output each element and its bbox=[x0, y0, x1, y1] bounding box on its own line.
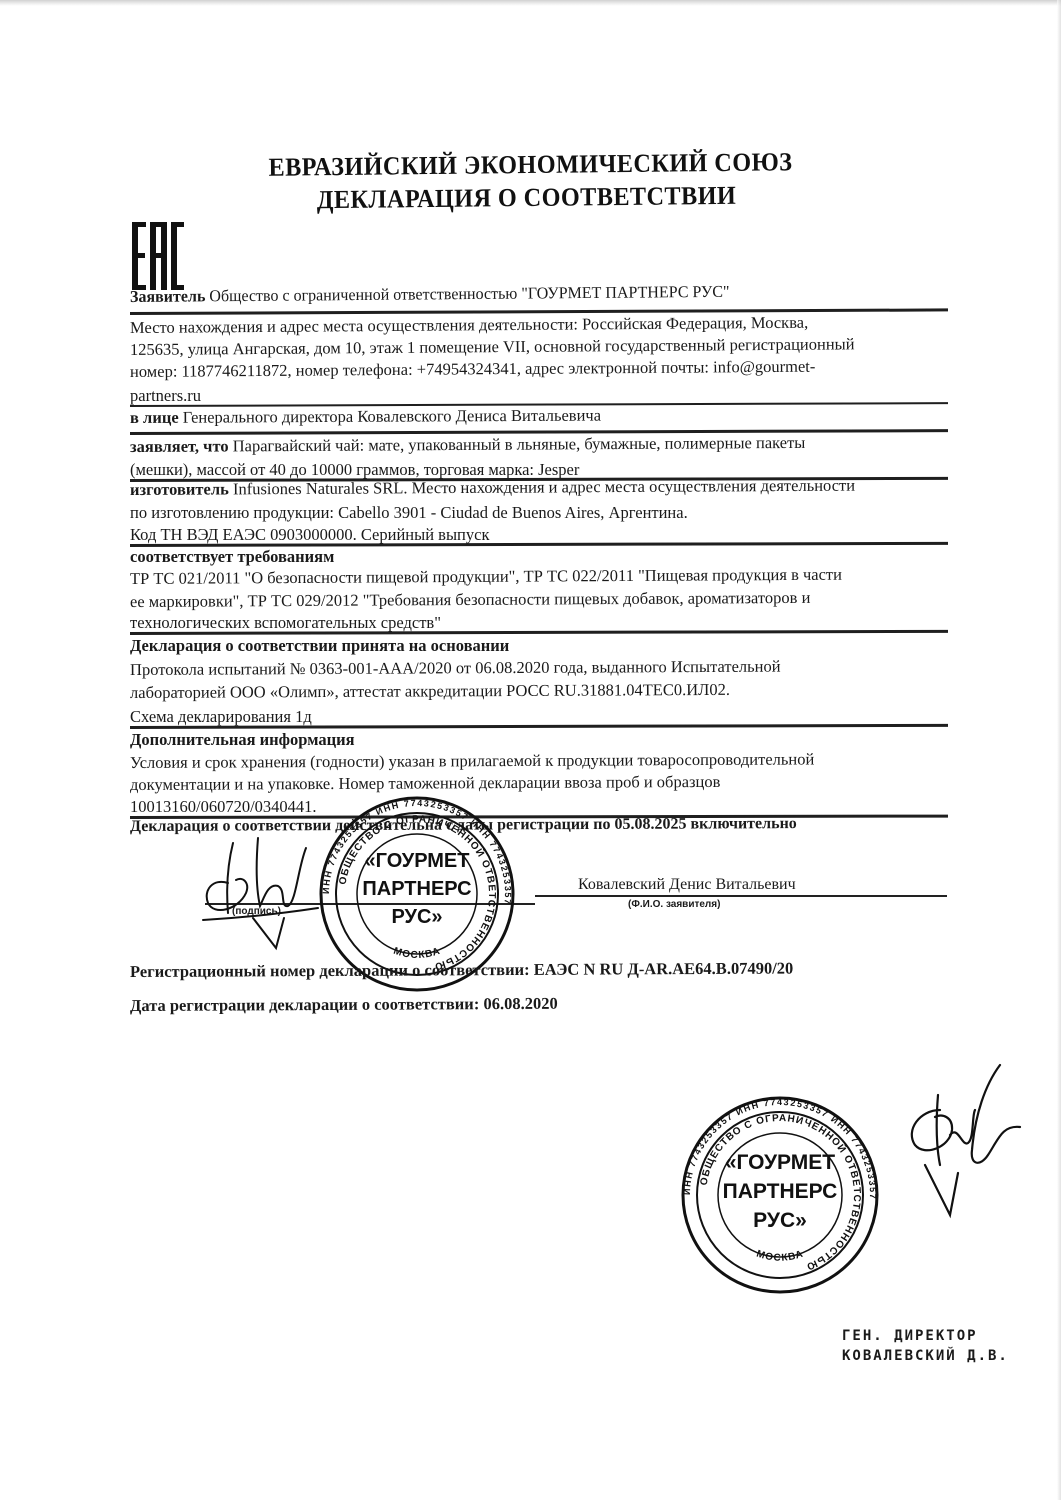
basis-label: Декларация о соответствии принята на осн… bbox=[130, 636, 509, 656]
hs-code-line: Код ТН ВЭД ЕАЭС 0903000000. Серийный вып… bbox=[130, 525, 489, 545]
registration-date-label: Дата регистрации декларации о соответств… bbox=[130, 994, 479, 1015]
scheme-line: Схема декларирования 1д bbox=[130, 707, 312, 727]
requirements-line: ТР ТС 021/2011 "О безопасности пищевой п… bbox=[130, 565, 842, 589]
basis-line: лабораторией ООО «Олимп», аттестат аккре… bbox=[130, 680, 730, 703]
representative-label: в лице bbox=[130, 408, 179, 427]
applicant-row: Заявитель Общество с ограниченной ответс… bbox=[130, 282, 730, 307]
applicant-label: Заявитель bbox=[130, 286, 206, 306]
seal-center-line: ПАРТНЕРС bbox=[362, 878, 471, 900]
seal-city-text: МОСКВА bbox=[392, 946, 442, 961]
manufacturer-value: Infusiones Naturales SRL. Место нахожден… bbox=[233, 476, 855, 499]
manufacturer-line: по изготовлению продукции: Cabello 3901 … bbox=[130, 503, 688, 523]
applicant-value: Общество с ограниченной ответственностью… bbox=[209, 282, 729, 306]
additional-line: Условия и срок хранения (годности) указа… bbox=[130, 749, 814, 773]
manufacturer-row: изготовитель Infusiones Naturales SRL. М… bbox=[130, 476, 855, 500]
seal-center-line: «ГОУРМЕТ bbox=[725, 1151, 835, 1174]
representative-row: в лице Генерального директора Ковалевско… bbox=[130, 406, 601, 428]
address-line: Место нахождения и адрес места осуществл… bbox=[130, 313, 808, 338]
eac-mark-icon: EAC bbox=[132, 222, 184, 290]
declares-row: заявляет, что Парагвайский чай: мате, уп… bbox=[130, 433, 805, 457]
requirements-line: ее маркировки", ТР ТС 029/2012 "Требован… bbox=[130, 588, 811, 612]
representative-value: Генерального директора Ковалевского Дени… bbox=[183, 406, 601, 427]
scan-edge-top bbox=[0, 0, 1061, 6]
requirements-line: технологических вспомогательных средств" bbox=[130, 613, 441, 633]
name-caption: (Ф.И.О. заявителя) bbox=[628, 899, 720, 910]
registration-number-row: Регистрационный номер декларации о соотв… bbox=[130, 959, 793, 982]
registration-date-value: 06.08.2020 bbox=[483, 994, 557, 1013]
document-title: ДЕКЛАРАЦИЯ О СООТВЕТСТВИИ bbox=[33, 178, 1020, 218]
name-underline bbox=[535, 895, 947, 897]
seal-city-text: МОСКВА bbox=[755, 1249, 805, 1264]
additional-line: документации и на упаковке. Номер таможе… bbox=[130, 772, 721, 795]
scan-edge-right bbox=[1057, 0, 1061, 1500]
svg-text:МОСКВА: МОСКВА bbox=[392, 946, 442, 961]
director-title: ГЕН. ДИРЕКТОР bbox=[842, 1328, 978, 1344]
seal-center-line: РУС» bbox=[753, 1209, 807, 1232]
registration-number-label: Регистрационный номер декларации о соотв… bbox=[130, 960, 530, 981]
seal-center-line: «ГОУРМЕТ bbox=[365, 850, 470, 872]
registration-number-value: ЕАЭС N RU Д-AR.AE64.B.07490/20 bbox=[534, 959, 794, 979]
seal-center-line: ПАРТНЕРС bbox=[723, 1180, 838, 1203]
divider bbox=[130, 308, 948, 314]
director-name: КОВАЛЕВСКИЙ Д.В. bbox=[842, 1348, 1009, 1364]
registration-date-row: Дата регистрации декларации о соответств… bbox=[130, 994, 558, 1016]
address-line: номер: 1187746211872, номер телефона: +7… bbox=[130, 357, 815, 382]
seal-center-line: РУС» bbox=[391, 906, 442, 928]
additional-label: Дополнительная информация bbox=[130, 730, 355, 750]
director-signature-icon bbox=[880, 1055, 1030, 1225]
signature-icon bbox=[198, 828, 338, 953]
basis-line: Протокола испытаний № 0363-001-AAA/2020 … bbox=[130, 657, 781, 680]
company-seal-copy: ИНН 7743253357 ИНН 7743253357 ИНН 774325… bbox=[680, 1095, 880, 1295]
requirements-label: соответствует требованиям bbox=[130, 547, 334, 567]
applicant-name: Ковалевский Денис Витальевич bbox=[578, 876, 796, 894]
address-line: partners.ru bbox=[130, 386, 201, 406]
address-line: 125635, улица Ангарская, дом 10, этаж 1 … bbox=[130, 334, 855, 360]
customs-number-line: 10013160/060720/0340441. bbox=[130, 797, 317, 817]
svg-text:МОСКВА: МОСКВА bbox=[755, 1249, 805, 1264]
declares-label: заявляет, что bbox=[130, 436, 229, 456]
manufacturer-label: изготовитель bbox=[130, 479, 229, 499]
declares-value: Парагвайский чай: мате, упакованный в ль… bbox=[233, 433, 806, 455]
